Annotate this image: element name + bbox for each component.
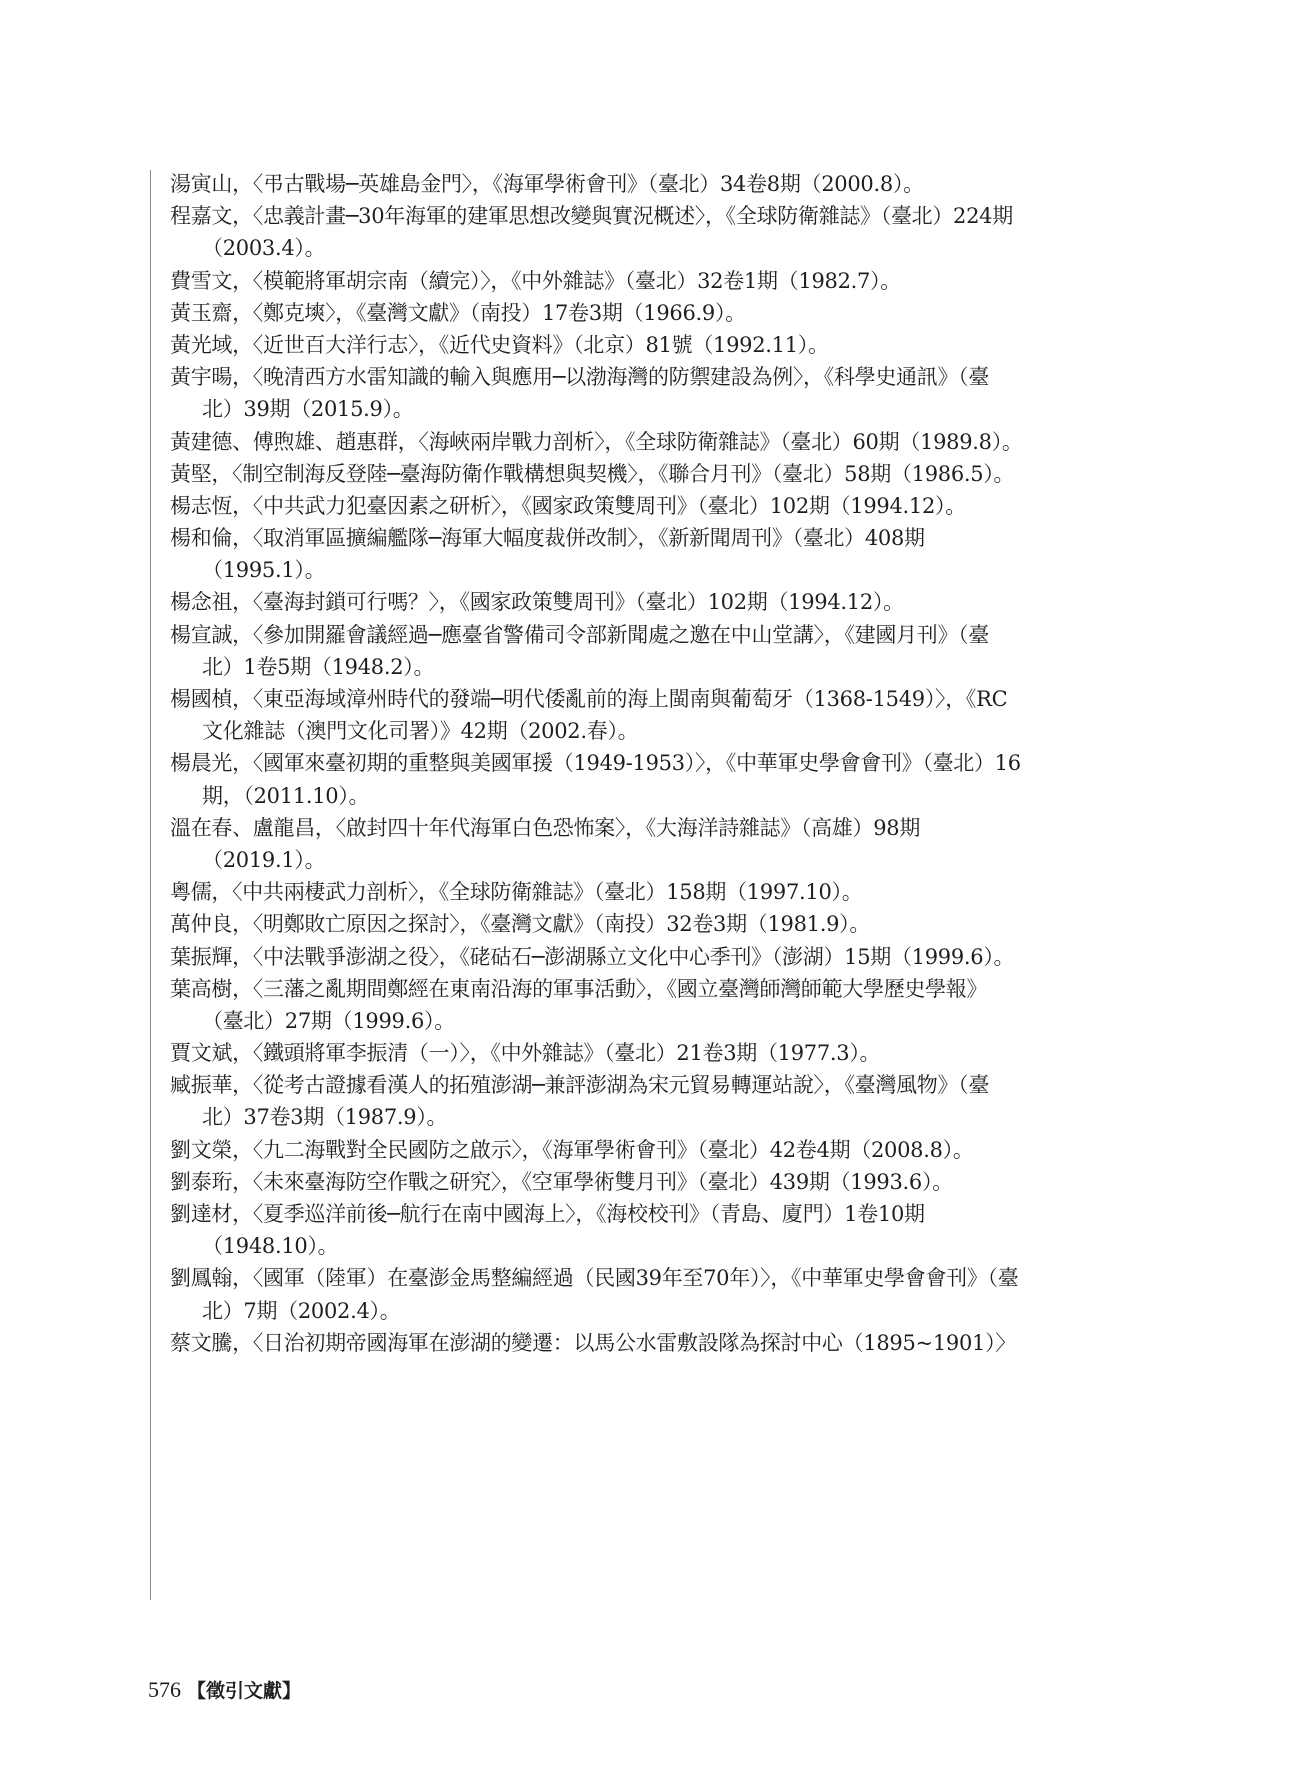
bibliography-entry: 劉鳳翰，〈國軍（陸軍）在臺澎金馬整編經過（民國39年至70年）〉，《中華軍史學會… [170,1262,1170,1326]
entry-line: 湯寅山，〈弔古戰場─英雄島金門〉，《海軍學術會刊》（臺北）34卷8期（2000.… [170,168,1170,200]
page-number: 576 [148,1677,181,1702]
entry-line-continued: （臺北）27期（1999.6）。 [170,1005,1170,1037]
entry-line: 萬仲良，〈明鄭敗亡原因之探討〉，《臺灣文獻》（南投）32卷3期（1981.9）。 [170,908,1170,940]
entry-line: 葉高樹，〈三藩之亂期間鄭經在東南沿海的軍事活動〉，《國立臺灣師灣師範大學歷史學報… [170,973,1170,1005]
bibliography-entry: 葉高樹，〈三藩之亂期間鄭經在東南沿海的軍事活動〉，《國立臺灣師灣師範大學歷史學報… [170,973,1170,1037]
bibliography-entry: 萬仲良，〈明鄭敗亡原因之探討〉，《臺灣文獻》（南投）32卷3期（1981.9）。 [170,908,1170,940]
entry-line: 程嘉文，〈忠義計畫─30年海軍的建軍思想改變與實況概述〉，《全球防衛雜誌》（臺北… [170,200,1170,232]
bibliography-entry: 黃宇暘，〈晚清西方水雷知識的輸入與應用─以渤海灣的防禦建設為例〉，《科學史通訊》… [170,361,1170,425]
entry-line: 葉振輝，〈中法戰爭澎湖之役〉，《硓𥑮石─澎湖縣立文化中心季刊》（澎湖）15期（1… [170,941,1170,973]
entry-line: 黃堅，〈制空制海反登陸─臺海防衛作戰構想與契機〉，《聯合月刊》（臺北）58期（1… [170,458,1170,490]
entry-line: 楊晨光，〈國軍來臺初期的重整與美國軍援（1949-1953）〉，《中華軍史學會會… [170,747,1170,779]
bibliography-entry: 費雪文，〈模範將軍胡宗南（續完）〉，《中外雜誌》（臺北）32卷1期（1982.7… [170,265,1170,297]
bibliography-entry: 臧振華，〈從考古證據看漢人的拓殖澎湖─兼評澎湖為宋元貿易轉運站說〉，《臺灣風物》… [170,1069,1170,1133]
entry-line-continued: （1995.1）。 [170,554,1170,586]
entry-line: 劉鳳翰，〈國軍（陸軍）在臺澎金馬整編經過（民國39年至70年）〉，《中華軍史學會… [170,1262,1170,1294]
bibliography-entry: 黃光域，〈近世百大洋行志〉，《近代史資料》（北京）81號（1992.11）。 [170,329,1170,361]
bibliography-entry: 湯寅山，〈弔古戰場─英雄島金門〉，《海軍學術會刊》（臺北）34卷8期（2000.… [170,168,1170,200]
bibliography-entry: 楊國楨，〈東亞海域漳州時代的發端─明代倭亂前的海上閩南與葡萄牙（1368-154… [170,683,1170,747]
entry-line-continued: 北）37卷3期（1987.9）。 [170,1101,1170,1133]
entry-line: 粵儒，〈中共兩棲武力剖析〉，《全球防衛雜誌》（臺北）158期（1997.10）。 [170,876,1170,908]
entry-line: 楊念祖，〈臺海封鎖可行嗎？〉，《國家政策雙周刊》（臺北）102期（1994.12… [170,586,1170,618]
entry-line: 劉達材，〈夏季巡洋前後─航行在南中國海上〉，《海校校刊》（青島、廈門）1卷10期 [170,1198,1170,1230]
entry-line: 楊和倫，〈取消軍區擴編艦隊─海軍大幅度裁併改制〉，《新新聞周刊》（臺北）408期 [170,522,1170,554]
entry-line: 楊國楨，〈東亞海域漳州時代的發端─明代倭亂前的海上閩南與葡萄牙（1368-154… [170,683,1170,715]
entry-line-continued: （2003.4）。 [170,232,1170,264]
section-title: 【徵引文獻】 [187,1680,301,1702]
entry-line: 黃光域，〈近世百大洋行志〉，《近代史資料》（北京）81號（1992.11）。 [170,329,1170,361]
bibliography-entry: 蔡文騰，〈日治初期帝國海軍在澎湖的變遷：以馬公水雷敷設隊為探討中心（1895~1… [170,1327,1170,1359]
entry-line: 楊志恆，〈中共武力犯臺因素之研析〉，《國家政策雙周刊》（臺北）102期（1994… [170,490,1170,522]
bibliography-entry: 黃建德、傅煦雄、趙惠群，〈海峽兩岸戰力剖析〉，《全球防衛雜誌》（臺北）60期（1… [170,426,1170,458]
entry-line: 賈文斌，〈鐵頭將軍李振清（一）〉，《中外雜誌》（臺北）21卷3期（1977.3）… [170,1037,1170,1069]
entry-line-continued: 期，（2011.10）。 [170,780,1170,812]
bibliography-entry: 劉泰珩，〈未來臺海防空作戰之研究〉，《空軍學術雙月刊》（臺北）439期（1993… [170,1166,1170,1198]
bibliography-entry: 楊志恆，〈中共武力犯臺因素之研析〉，《國家政策雙周刊》（臺北）102期（1994… [170,490,1170,522]
bibliography-entry: 劉文榮，〈九二海戰對全民國防之啟示〉，《海軍學術會刊》（臺北）42卷4期（200… [170,1134,1170,1166]
entry-line-continued: 北）1卷5期（1948.2）。 [170,651,1170,683]
bibliography-entry: 葉振輝，〈中法戰爭澎湖之役〉，《硓𥑮石─澎湖縣立文化中心季刊》（澎湖）15期（1… [170,941,1170,973]
entry-line: 蔡文騰，〈日治初期帝國海軍在澎湖的變遷：以馬公水雷敷設隊為探討中心（1895~1… [170,1327,1170,1359]
entry-line: 費雪文，〈模範將軍胡宗南（續完）〉，《中外雜誌》（臺北）32卷1期（1982.7… [170,265,1170,297]
bibliography-entry: 楊和倫，〈取消軍區擴編艦隊─海軍大幅度裁併改制〉，《新新聞周刊》（臺北）408期… [170,522,1170,586]
entry-line: 劉文榮，〈九二海戰對全民國防之啟示〉，《海軍學術會刊》（臺北）42卷4期（200… [170,1134,1170,1166]
page-footer: 576【徵引文獻】 [148,1676,301,1703]
entry-line: 臧振華，〈從考古證據看漢人的拓殖澎湖─兼評澎湖為宋元貿易轉運站說〉，《臺灣風物》… [170,1069,1170,1101]
bibliography-entry: 粵儒，〈中共兩棲武力剖析〉，《全球防衛雜誌》（臺北）158期（1997.10）。 [170,876,1170,908]
bibliography-entry: 程嘉文，〈忠義計畫─30年海軍的建軍思想改變與實況概述〉，《全球防衛雜誌》（臺北… [170,200,1170,264]
bibliography-entry: 楊念祖，〈臺海封鎖可行嗎？〉，《國家政策雙周刊》（臺北）102期（1994.12… [170,586,1170,618]
entry-line: 黃宇暘，〈晚清西方水雷知識的輸入與應用─以渤海灣的防禦建設為例〉，《科學史通訊》… [170,361,1170,393]
entry-line-continued: （2019.1）。 [170,844,1170,876]
bibliography-list: 湯寅山，〈弔古戰場─英雄島金門〉，《海軍學術會刊》（臺北）34卷8期（2000.… [170,168,1170,1359]
entry-line-continued: 北）39期（2015.9）。 [170,393,1170,425]
margin-rule [150,170,151,1600]
entry-line: 黃建德、傅煦雄、趙惠群，〈海峽兩岸戰力剖析〉，《全球防衛雜誌》（臺北）60期（1… [170,426,1170,458]
entry-line-continued: （1948.10）。 [170,1230,1170,1262]
bibliography-entry: 楊晨光，〈國軍來臺初期的重整與美國軍援（1949-1953）〉，《中華軍史學會會… [170,747,1170,811]
bibliography-entry: 楊宣誠，〈參加開羅會議經過─應臺省警備司令部新聞處之邀在中山堂講〉，《建國月刊》… [170,619,1170,683]
bibliography-entry: 溫在春、盧龍昌，〈啟封四十年代海軍白色恐怖案〉，《大海洋詩雜誌》（高雄）98期 … [170,812,1170,876]
entry-line: 劉泰珩，〈未來臺海防空作戰之研究〉，《空軍學術雙月刊》（臺北）439期（1993… [170,1166,1170,1198]
bibliography-entry: 黃玉齋，〈鄭克塽〉，《臺灣文獻》（南投）17卷3期（1966.9）。 [170,297,1170,329]
entry-line: 黃玉齋，〈鄭克塽〉，《臺灣文獻》（南投）17卷3期（1966.9）。 [170,297,1170,329]
entry-line: 楊宣誠，〈參加開羅會議經過─應臺省警備司令部新聞處之邀在中山堂講〉，《建國月刊》… [170,619,1170,651]
bibliography-entry: 賈文斌，〈鐵頭將軍李振清（一）〉，《中外雜誌》（臺北）21卷3期（1977.3）… [170,1037,1170,1069]
entry-line-continued: 北）7期（2002.4）。 [170,1295,1170,1327]
bibliography-entry: 黃堅，〈制空制海反登陸─臺海防衛作戰構想與契機〉，《聯合月刊》（臺北）58期（1… [170,458,1170,490]
entry-line: 溫在春、盧龍昌，〈啟封四十年代海軍白色恐怖案〉，《大海洋詩雜誌》（高雄）98期 [170,812,1170,844]
bibliography-entry: 劉達材，〈夏季巡洋前後─航行在南中國海上〉，《海校校刊》（青島、廈門）1卷10期… [170,1198,1170,1262]
entry-line-continued: 文化雜誌（澳門文化司署）》42期（2002.春）。 [170,715,1170,747]
